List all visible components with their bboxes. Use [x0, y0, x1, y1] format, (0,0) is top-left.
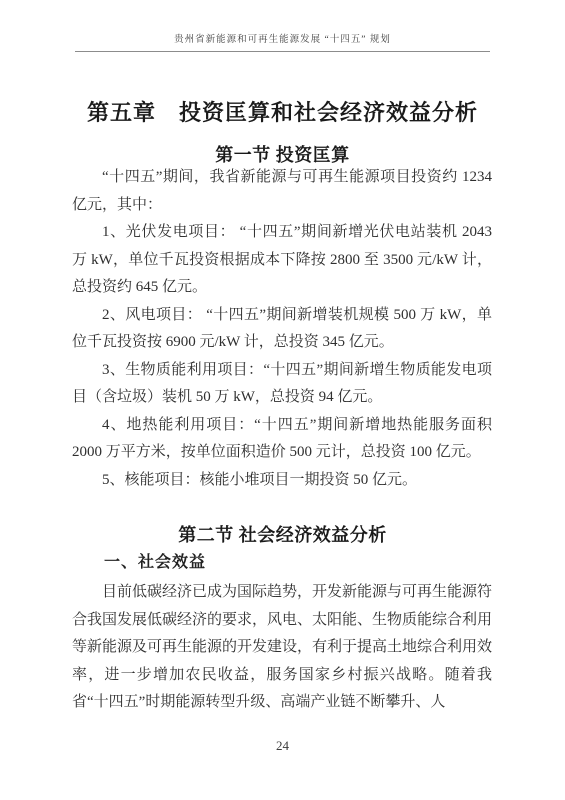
paragraph-item-nuclear: 5、核能项目：核能小堆项目一期投资 50 亿元。	[72, 467, 492, 495]
document-page: 贵州省新能源和可再生能源发展 “十四五” 规划 第五章 投资匡算和社会经济效益分…	[0, 0, 565, 800]
paragraph-item-geothermal: 4、地热能利用项目：“十四五”期间新增地热能服务面积 2000 万平方米，按单位…	[72, 412, 492, 467]
section-2-title: 第二节 社会经济效益分析	[0, 523, 565, 547]
header-rule	[75, 51, 490, 52]
page-header-text: 贵州省新能源和可再生能源发展 “十四五” 规划	[74, 34, 491, 46]
paragraph-social-benefit: 目前低碳经济已成为国际趋势，开发新能源与可再生能源符合我国发展低碳经济的要求，风…	[72, 579, 492, 717]
paragraph-item-solar: 1、光伏发电项目： “十四五”期间新增光伏电站装机 2043 万 kW，单位千瓦…	[72, 219, 492, 302]
paragraph-item-wind: 2、风电项目： “十四五”期间新增装机规模 500 万 kW，单位千瓦投资按 6…	[72, 302, 492, 357]
page-number: 24	[0, 738, 565, 754]
paragraph-intro: “十四五”期间，我省新能源与可再生能源项目投资约 1234 亿元，其中：	[72, 164, 492, 219]
paragraph-item-biomass: 3、生物质能利用项目：“十四五”期间新增生物质能发电项目（含垃圾）装机 50 万…	[72, 357, 492, 412]
chapter-title: 第五章 投资匡算和社会经济效益分析	[0, 99, 565, 127]
subsection-social-benefit-title: 一、社会效益	[72, 551, 492, 575]
section-2-body: 目前低碳经济已成为国际趋势，开发新能源与可再生能源符合我国发展低碳经济的要求，风…	[72, 579, 492, 717]
section-1-body: “十四五”期间，我省新能源与可再生能源项目投资约 1234 亿元，其中： 1、光…	[72, 164, 492, 494]
